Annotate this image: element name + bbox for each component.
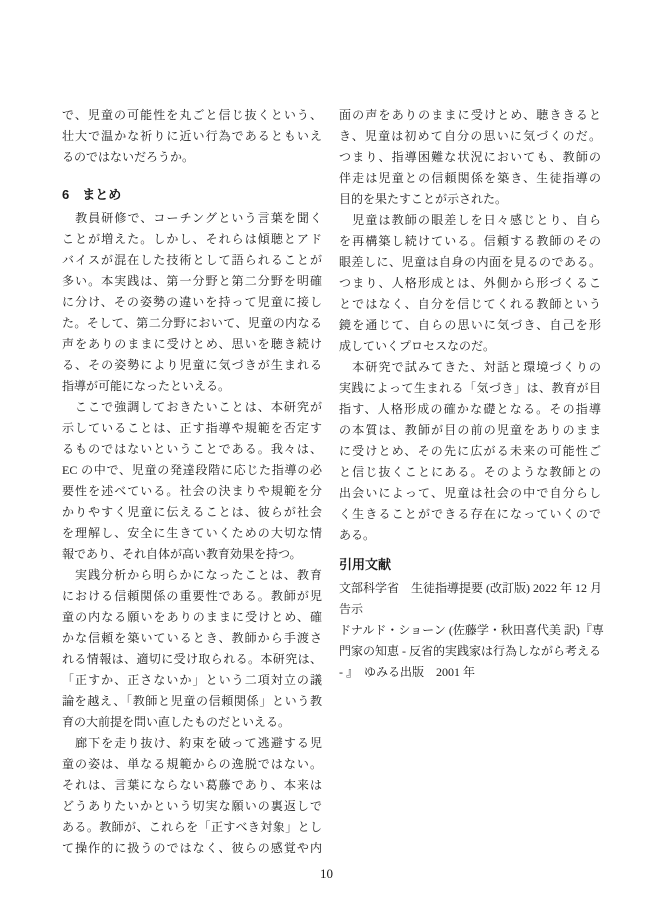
- text-line: を再構築し続けている。信頼する教師のその: [339, 231, 601, 252]
- text-line: かりやすく児童に伝えることは、彼らが社会: [62, 502, 322, 523]
- text-column-left: で、児童の可能性を丸ごと信じ抜くという、壮大で温かな祈りに近い行為であるともいえ…: [62, 105, 322, 859]
- text-line: 出会いによって、児童は社会の中で自分らし: [339, 483, 601, 504]
- text-line: く生きることができる存在になっていくので: [339, 504, 601, 525]
- text-line: 面の声をありのままに受けとめ、聴ききると: [339, 105, 601, 126]
- text-line: における信頼関係の重要性である。教師が児: [62, 586, 322, 607]
- text-line: を理解し、安全に生きていくための大切な情: [62, 523, 322, 544]
- text-line: 本研究で試みてきた、対話と環境づくりの: [339, 357, 601, 378]
- text-column-right: 面の声をありのままに受けとめ、聴ききるとき、児童は初めて自分の思いに気づくのだ。…: [339, 105, 601, 683]
- text-line: 実践によって生まれる「気づき」は、教育が目: [339, 378, 601, 399]
- text-line: どうありたいかという切実な願いの裏返しで: [62, 796, 322, 817]
- text-line: 指す、人格形成の確かな礎となる。その指導: [339, 399, 601, 420]
- text-line: 廊下を走り抜け、約束を破って逃避する児: [62, 733, 322, 754]
- text-line: る、その姿勢により児童に気づきが生まれる: [62, 355, 322, 376]
- text-line: 論を越え、「教師と児童の信頼関係」という教: [62, 691, 322, 712]
- text-line: れる情報は、適切に受け取られる。本研究は、: [62, 649, 322, 670]
- text-line: ある。教師が、これらを「正すべき対象」とし: [62, 817, 322, 838]
- text-line: て操作的に扱うのではなく、彼らの感覚や内: [62, 838, 322, 859]
- paper-page: で、児童の可能性を丸ごと信じ抜くという、壮大で温かな祈りに近い行為であるともいえ…: [0, 0, 653, 917]
- text-line: つまり、指導困難な状況においても、教師の: [339, 147, 601, 168]
- text-line: るのではないだろうか。: [62, 147, 322, 168]
- text-line: 童の内なる願いをありのままに受けとめ、確: [62, 607, 322, 628]
- text-line: 眼差しに、児童は自身の内面を見るのである。: [339, 252, 601, 273]
- text-line: 童の姿は、単なる規範からの逸脱ではない。: [62, 754, 322, 775]
- text-line: EC の中で、児童の発達段階に応じた指導の必: [62, 460, 322, 481]
- text-line: 目的を果たすことが示された。: [339, 189, 601, 210]
- section-heading: 引用文献: [339, 552, 601, 578]
- text-line: 指導が可能になったといえる。: [62, 376, 322, 397]
- reference-line: 文部科学省 生徒指導提要 (改訂版) 2022 年 12 月: [339, 578, 601, 599]
- text-line: 児童は教師の眼差しを日々感じとり、自ら: [339, 210, 601, 231]
- section-heading: 6 まとめ: [62, 182, 322, 208]
- text-line: ここで強調しておきたいことは、本研究が: [62, 397, 322, 418]
- text-line: ことが増えた。しかし、それらは傾聴とアド: [62, 229, 322, 250]
- text-line: ある。: [339, 525, 601, 546]
- text-line: 要性を述べている。社会の決まりや規範を分: [62, 481, 322, 502]
- text-line: に分け、その姿勢の違いを持って児童に接し: [62, 292, 322, 313]
- text-line: 声をありのままに受けとめ、思いを聴き続け: [62, 334, 322, 355]
- text-line: とではなく、自分を信じてくれる教師という: [339, 294, 601, 315]
- text-line: と信じ抜くことにある。そのような教師との: [339, 462, 601, 483]
- text-line: に受けとめ、その先に広がる未来の可能性ご: [339, 441, 601, 462]
- reference-line: - 』 ゆみる出版 2001 年: [339, 662, 601, 683]
- text-line: 成していくプロセスなのだ。: [339, 336, 601, 357]
- text-line: 鏡を通じて、自らの思いに気づき、自己を形: [339, 315, 601, 336]
- text-line: 多い。本実践は、第一分野と第二分野を明確: [62, 271, 322, 292]
- text-line: で、児童の可能性を丸ごと信じ抜くという、: [62, 105, 322, 126]
- text-line: き、児童は初めて自分の思いに気づくのだ。: [339, 126, 601, 147]
- reference-line: 門家の知恵 - 反省的実践家は行為しながら考える: [339, 641, 601, 662]
- text-line: つまり、人格形成とは、外側から形づくるこ: [339, 273, 601, 294]
- reference-line: 告示: [339, 599, 601, 620]
- text-line: るものではないということである。我々は、: [62, 439, 322, 460]
- text-line: バイスが混在した技術として語られることが: [62, 250, 322, 271]
- text-line: 示していることは、正す指導や規範を否定す: [62, 418, 322, 439]
- text-line: 教員研修で、コーチングという言葉を聞く: [62, 208, 322, 229]
- text-line: 育の大前提を問い直したものだといえる。: [62, 712, 322, 733]
- text-line: 伴走は児童との信頼関係を築き、生徒指導の: [339, 168, 601, 189]
- reference-line: ドナルド・ショーン (佐藤学・秋田喜代美 訳)『専: [339, 620, 601, 641]
- text-line: 報であり、それ自体が高い教育効果を持つ。: [62, 544, 322, 565]
- text-line: かな信頼を築いているとき、教師から手渡さ: [62, 628, 322, 649]
- spacer: [62, 168, 322, 182]
- text-line: た。そして、第二分野において、児童の内なる: [62, 313, 322, 334]
- text-line: 「正すか、正さないか」という二項対立の議: [62, 670, 322, 691]
- text-line: 壮大で温かな祈りに近い行為であるともいえ: [62, 126, 322, 147]
- page-number: 10: [0, 866, 653, 882]
- text-line: 実践分析から明らかになったことは、教育: [62, 565, 322, 586]
- text-line: それは、言葉にならない葛藤であり、本来は: [62, 775, 322, 796]
- text-line: の本質は、教師が目の前の児童をありのまま: [339, 420, 601, 441]
